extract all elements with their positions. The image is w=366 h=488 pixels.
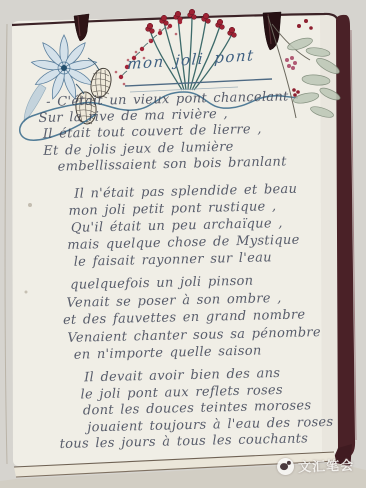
watermark-text: 文汇笔会 bbox=[298, 454, 355, 475]
paw-badge-dot bbox=[287, 460, 291, 464]
watermark: 文汇笔会 bbox=[277, 454, 355, 477]
paw-badge-icon bbox=[277, 457, 295, 475]
poem-stanza-4: Il devait avoir bien des ans le joli pon… bbox=[58, 365, 334, 454]
poem-stanza-3: quelquefois un joli pinson Venait se pos… bbox=[60, 271, 321, 365]
photo-of-notebook-page: mon joli pont - C'était un vieux pont ch… bbox=[0, 0, 366, 488]
poem-stanza-2: Il n'était pas splendide et beau mon jol… bbox=[64, 181, 300, 271]
poem-stanza-1: - C'était un vieux pont chancelant Sur l… bbox=[38, 89, 290, 176]
